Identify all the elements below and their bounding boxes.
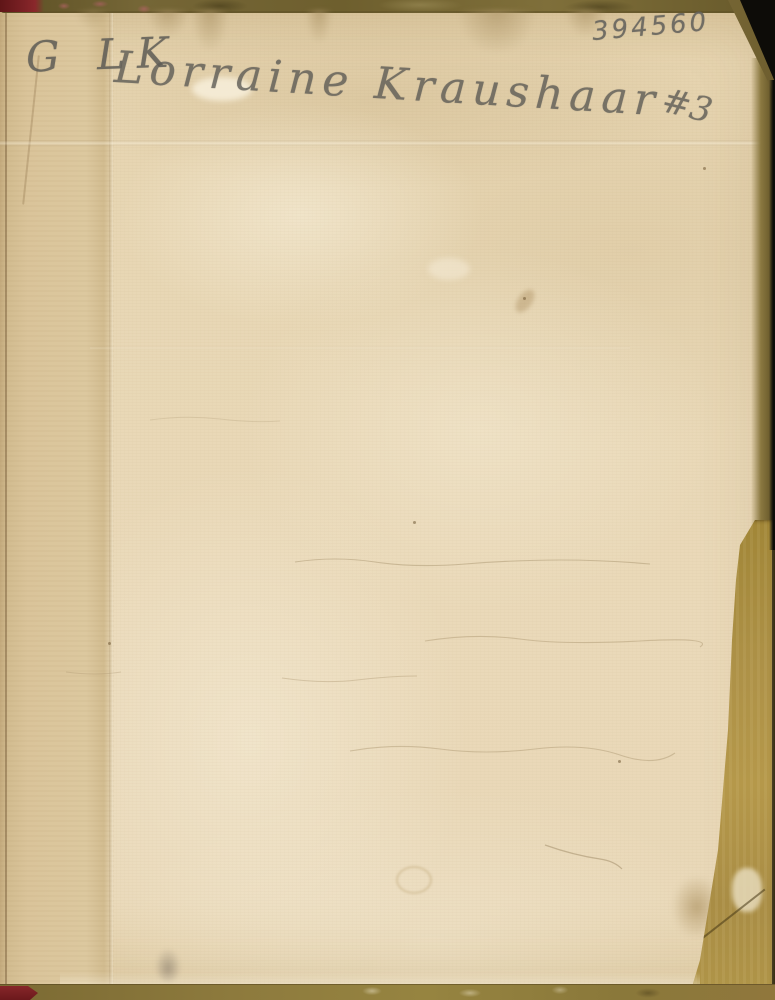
fox-speck — [108, 642, 111, 645]
fox-speck — [703, 167, 706, 170]
abrasion-patch — [192, 77, 252, 101]
scanned-book-flyleaf: 394560 G LK Lorraine Kraushaar #3 — [0, 0, 775, 1000]
water-drip-stain — [148, 10, 188, 36]
right-edge-shadow — [769, 80, 775, 550]
water-drip-stain — [306, 10, 332, 42]
fox-speck — [523, 297, 526, 300]
bottom-binding-tape — [0, 984, 775, 1000]
bottom-paper-highlight — [60, 972, 700, 984]
red-cover-fragment-top-left — [0, 0, 44, 12]
ring-stain — [396, 866, 432, 894]
water-drip-stain — [192, 10, 228, 50]
fox-speck — [618, 760, 621, 763]
water-drip-stain — [460, 10, 534, 52]
paper-crack-lines — [0, 0, 775, 1000]
water-drip-stain — [566, 10, 606, 36]
tape-tear-light-patch — [732, 868, 762, 912]
fox-speck — [413, 521, 416, 524]
water-drip-stain — [76, 10, 110, 30]
abrasion-patch-small — [428, 258, 470, 280]
